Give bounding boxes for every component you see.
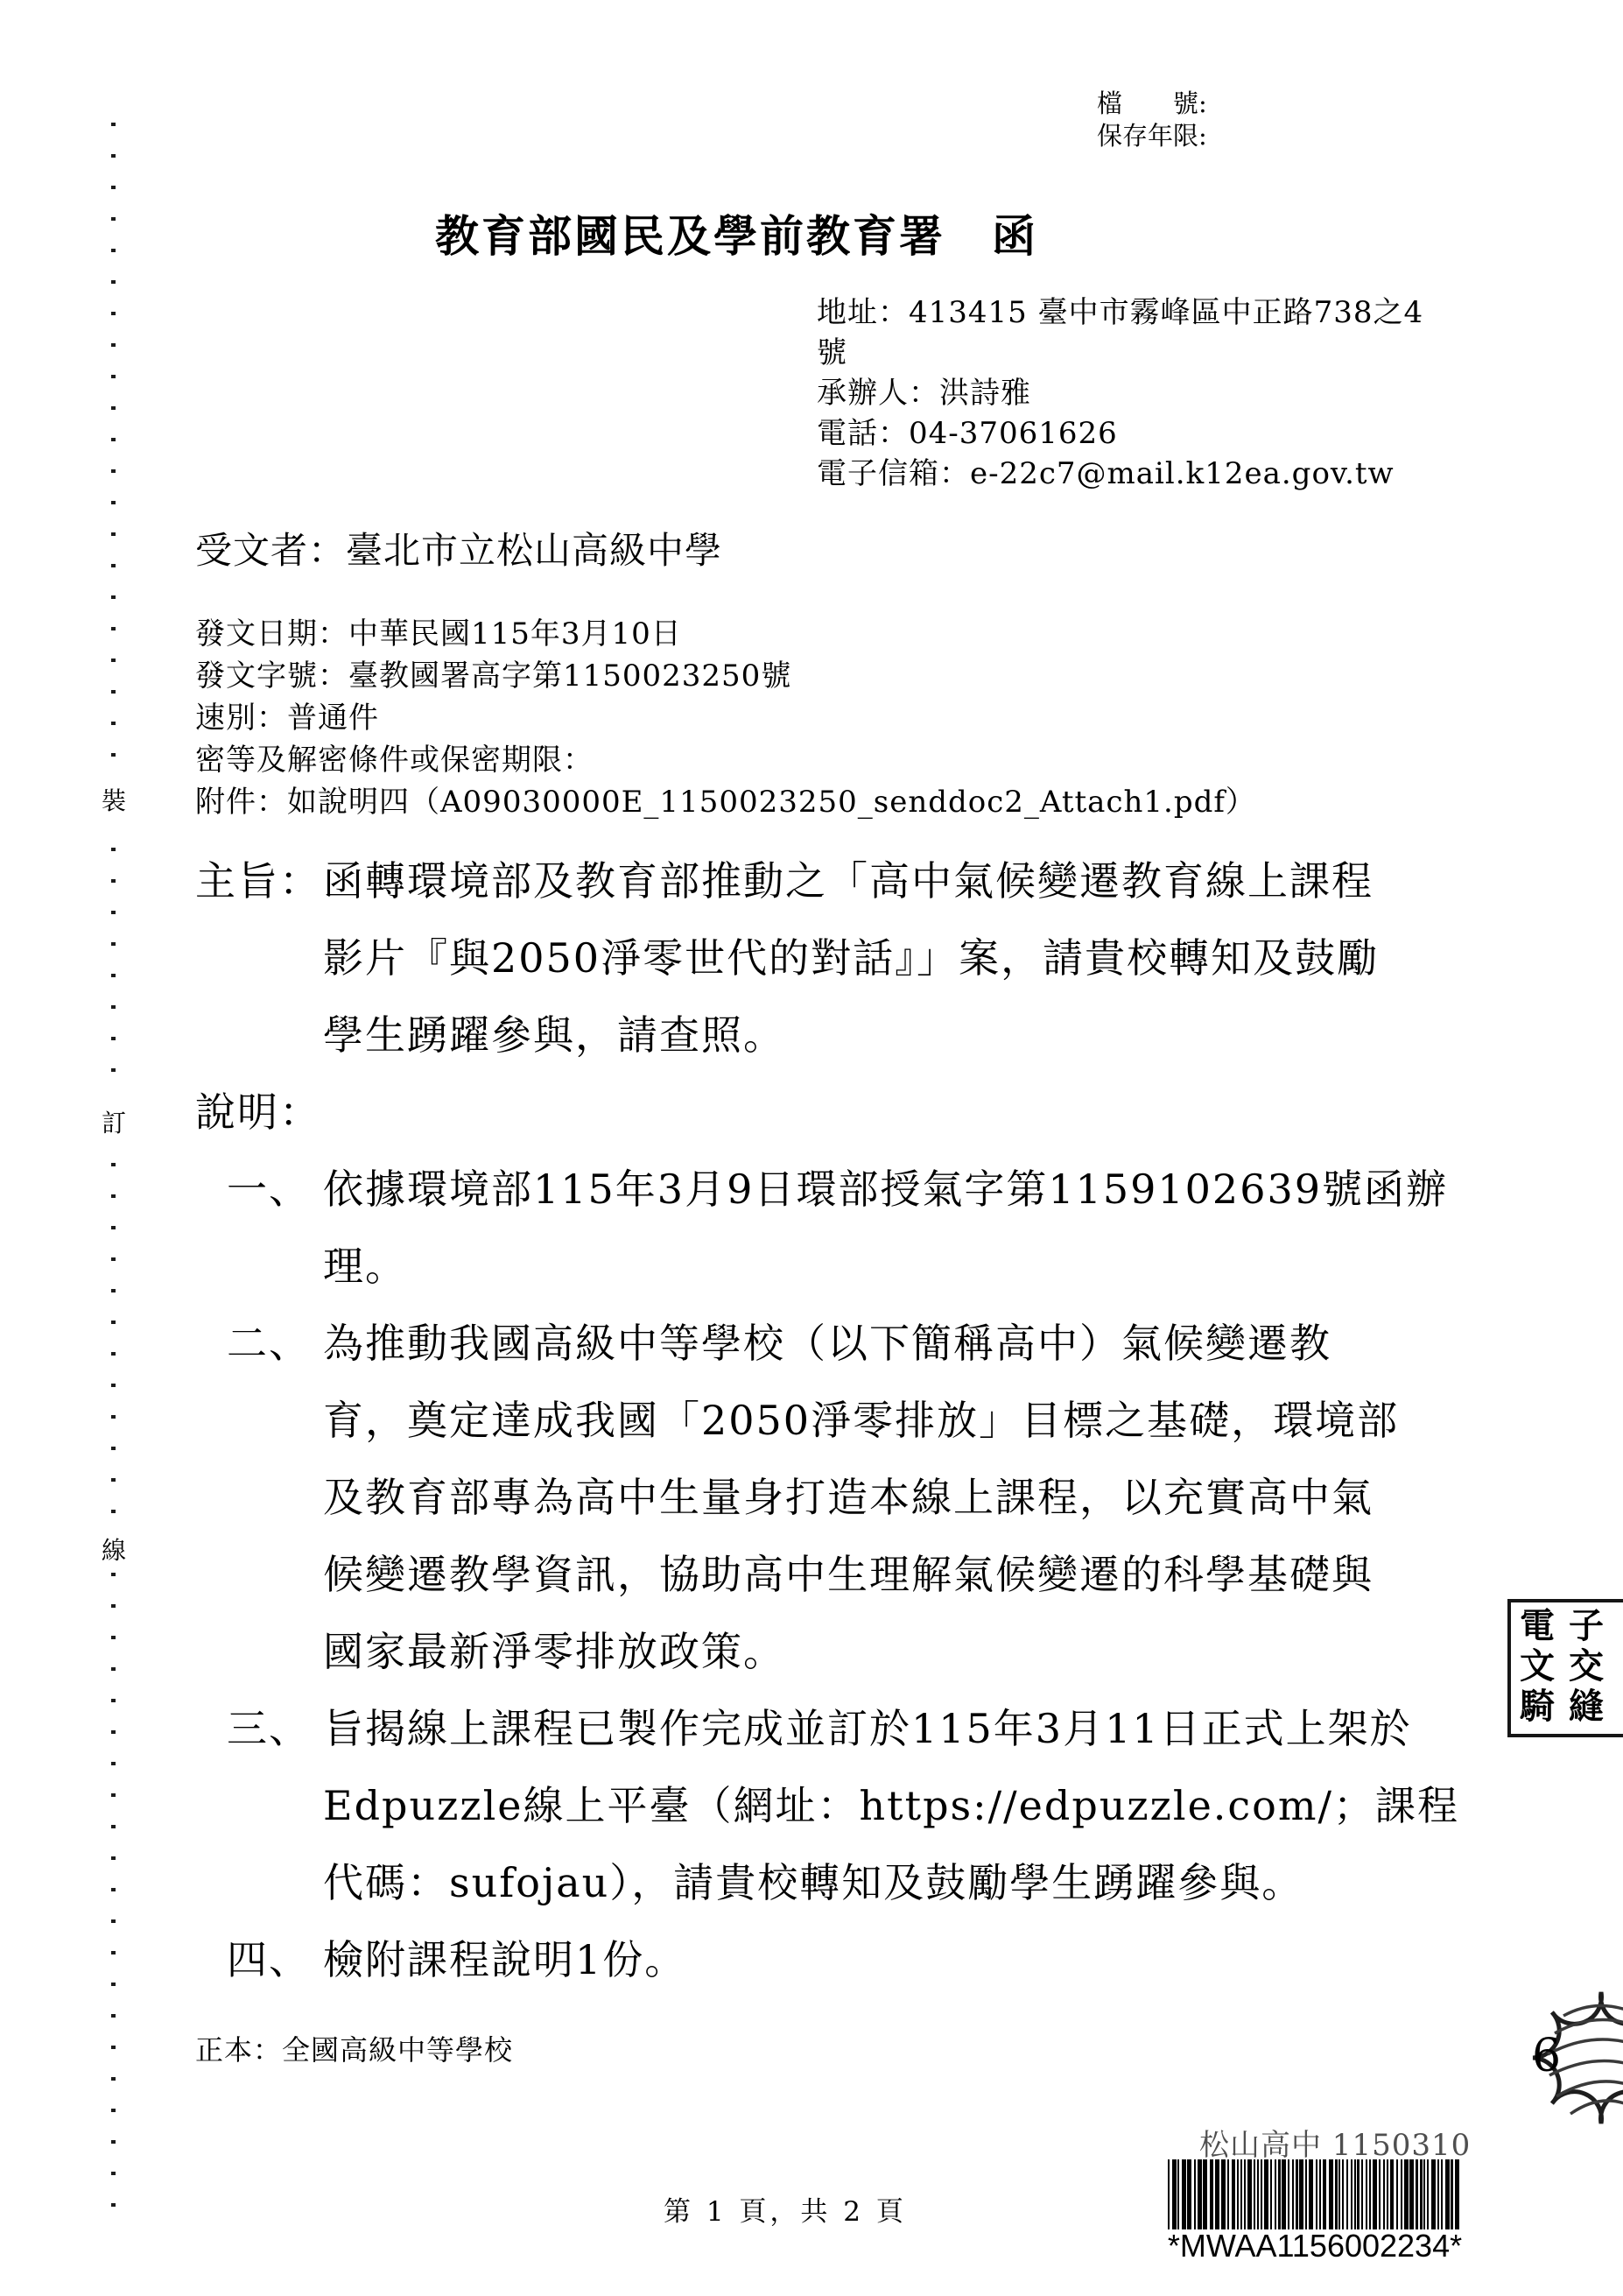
barcode-label: *MWAA1156002234* xyxy=(1138,2228,1492,2264)
item-1-label: 一、 xyxy=(227,1151,323,1228)
subject-text: 函轉環境部及教育部推動之「高中氣候變遷教育線上課程 xyxy=(323,857,1374,905)
sender-phone: 電話：04-37061626 xyxy=(817,413,1423,454)
document-page: 裝 訂 線 檔 號: 保存年限: 教育部國民及學前教育署 函 地址：413415… xyxy=(0,0,1623,2296)
copy-to-line: 正本：全國高級中等學校 xyxy=(195,2028,513,2068)
description-item-1-cont: 理。 xyxy=(195,1228,1438,1305)
file-number-label: 檔 號: xyxy=(1097,88,1207,120)
stamp-row: 騎縫 xyxy=(1520,1687,1623,1727)
sender-address-line1: 地址：413415 臺中市霧峰區中正路738之4 xyxy=(817,292,1423,333)
sender-contact-person: 承辦人：洪詩雅 xyxy=(817,373,1423,413)
seal-page-number: 6 xyxy=(1532,2030,1561,2082)
description-item-3-cont: 代碼：sufojau），請貴校轉知及鼓勵學生踴躍參與。 xyxy=(195,1844,1438,1921)
sender-address-line2: 號 xyxy=(817,333,1423,373)
item-4-text: 檢附課程說明1份。 xyxy=(323,1936,686,1983)
description-item-4: 四、檢附課程說明1份。 xyxy=(195,1921,1438,1998)
receive-stamp-text: 松山高中 1150310 xyxy=(1199,2121,1471,2164)
item-3-text: 旨揭線上課程已製作完成並訂於115年3月11日正式上架於 xyxy=(323,1705,1412,1752)
subject-line: 學生踴躍參與，請查照。 xyxy=(195,997,1438,1074)
subject-line: 影片『與2050淨零世代的對話』」案，請貴校轉知及鼓勵 xyxy=(195,919,1438,997)
stamp-row: 電子 xyxy=(1520,1606,1623,1646)
file-number-block: 檔 號: 保存年限: xyxy=(1097,88,1207,152)
sender-info-block: 地址：413415 臺中市霧峰區中正路738之4 號 承辦人：洪詩雅 電話：04… xyxy=(817,292,1423,494)
barcode xyxy=(1168,2159,1460,2229)
binding-mark-ding: 訂 xyxy=(97,1100,130,1144)
retention-period-label: 保存年限: xyxy=(1097,120,1207,152)
description-item-2-cont: 國家最新淨零排放政策。 xyxy=(195,1613,1438,1690)
description-heading: 說明： xyxy=(195,1074,1438,1151)
binding-dotted-line xyxy=(111,123,116,2210)
description-item-3: 三、旨揭線上課程已製作完成並訂於115年3月11日正式上架於 xyxy=(195,1690,1438,1767)
binding-mark-zhuang: 裝 xyxy=(97,778,130,821)
description-item-3-cont: Edpuzzle線上平臺（網址：https://edpuzzle.com/；課程 xyxy=(195,1767,1438,1844)
item-2-label: 二、 xyxy=(227,1305,323,1382)
attachment-line: 附件：如說明四（A09030000E_1150023250_senddoc2_A… xyxy=(195,781,1256,823)
description-item-2-cont: 候變遷教學資訊，協助高中生理解氣候變遷的科學基礎與 xyxy=(195,1536,1438,1613)
item-1-text: 依據環境部115年3月9日環部授氣字第1159102639號函辦 xyxy=(323,1166,1448,1213)
description-item-2-cont: 及教育部專為高中生量身打造本線上課程，以充實高中氣 xyxy=(195,1459,1438,1536)
subject-label: 主旨： xyxy=(195,842,323,919)
item-4-label: 四、 xyxy=(227,1921,323,1998)
item-3-label: 三、 xyxy=(227,1690,323,1767)
sender-email: 電子信箱：e-22c7@mail.k12ea.gov.tw xyxy=(817,454,1423,494)
item-2-text: 為推動我國高級中等學校（以下簡稱高中）氣候變遷教 xyxy=(323,1320,1331,1367)
binding-mark-xian: 線 xyxy=(97,1527,130,1571)
speed-class-line: 速別：普通件 xyxy=(195,697,1256,739)
description-item-1: 一、依據環境部115年3月9日環部授氣字第1159102639號函辦 xyxy=(195,1151,1438,1228)
doc-number-line: 發文字號：臺教國署高字第1150023250號 xyxy=(195,655,1256,697)
electronic-exchange-stamp: 電子 文交 騎縫 xyxy=(1507,1599,1623,1737)
description-item-2: 二、為推動我國高級中等學校（以下簡稱高中）氣候變遷教 xyxy=(195,1305,1438,1382)
security-class-line: 密等及解密條件或保密期限： xyxy=(195,739,1256,781)
document-title: 教育部國民及學前教育署 函 xyxy=(435,201,1038,264)
scalloped-seal-icon xyxy=(1509,1977,1623,2147)
page-footer: 第 1 頁，共 2 頁 xyxy=(664,2189,907,2229)
description-item-2-cont: 育，奠定達成我國「2050淨零排放」目標之基礎，環境部 xyxy=(195,1382,1438,1459)
recipient-line: 受文者：臺北市立松山高級中學 xyxy=(195,522,722,574)
meta-block: 發文日期：中華民國115年3月10日 發文字號：臺教國署高字第115002325… xyxy=(195,613,1256,823)
stamp-row: 文交 xyxy=(1520,1646,1623,1687)
issue-date-line: 發文日期：中華民國115年3月10日 xyxy=(195,613,1256,655)
letter-body: 主旨：函轉環境部及教育部推動之「高中氣候變遷教育線上課程 影片『與2050淨零世… xyxy=(195,842,1438,1998)
subject-line: 主旨：函轉環境部及教育部推動之「高中氣候變遷教育線上課程 xyxy=(195,842,1438,919)
